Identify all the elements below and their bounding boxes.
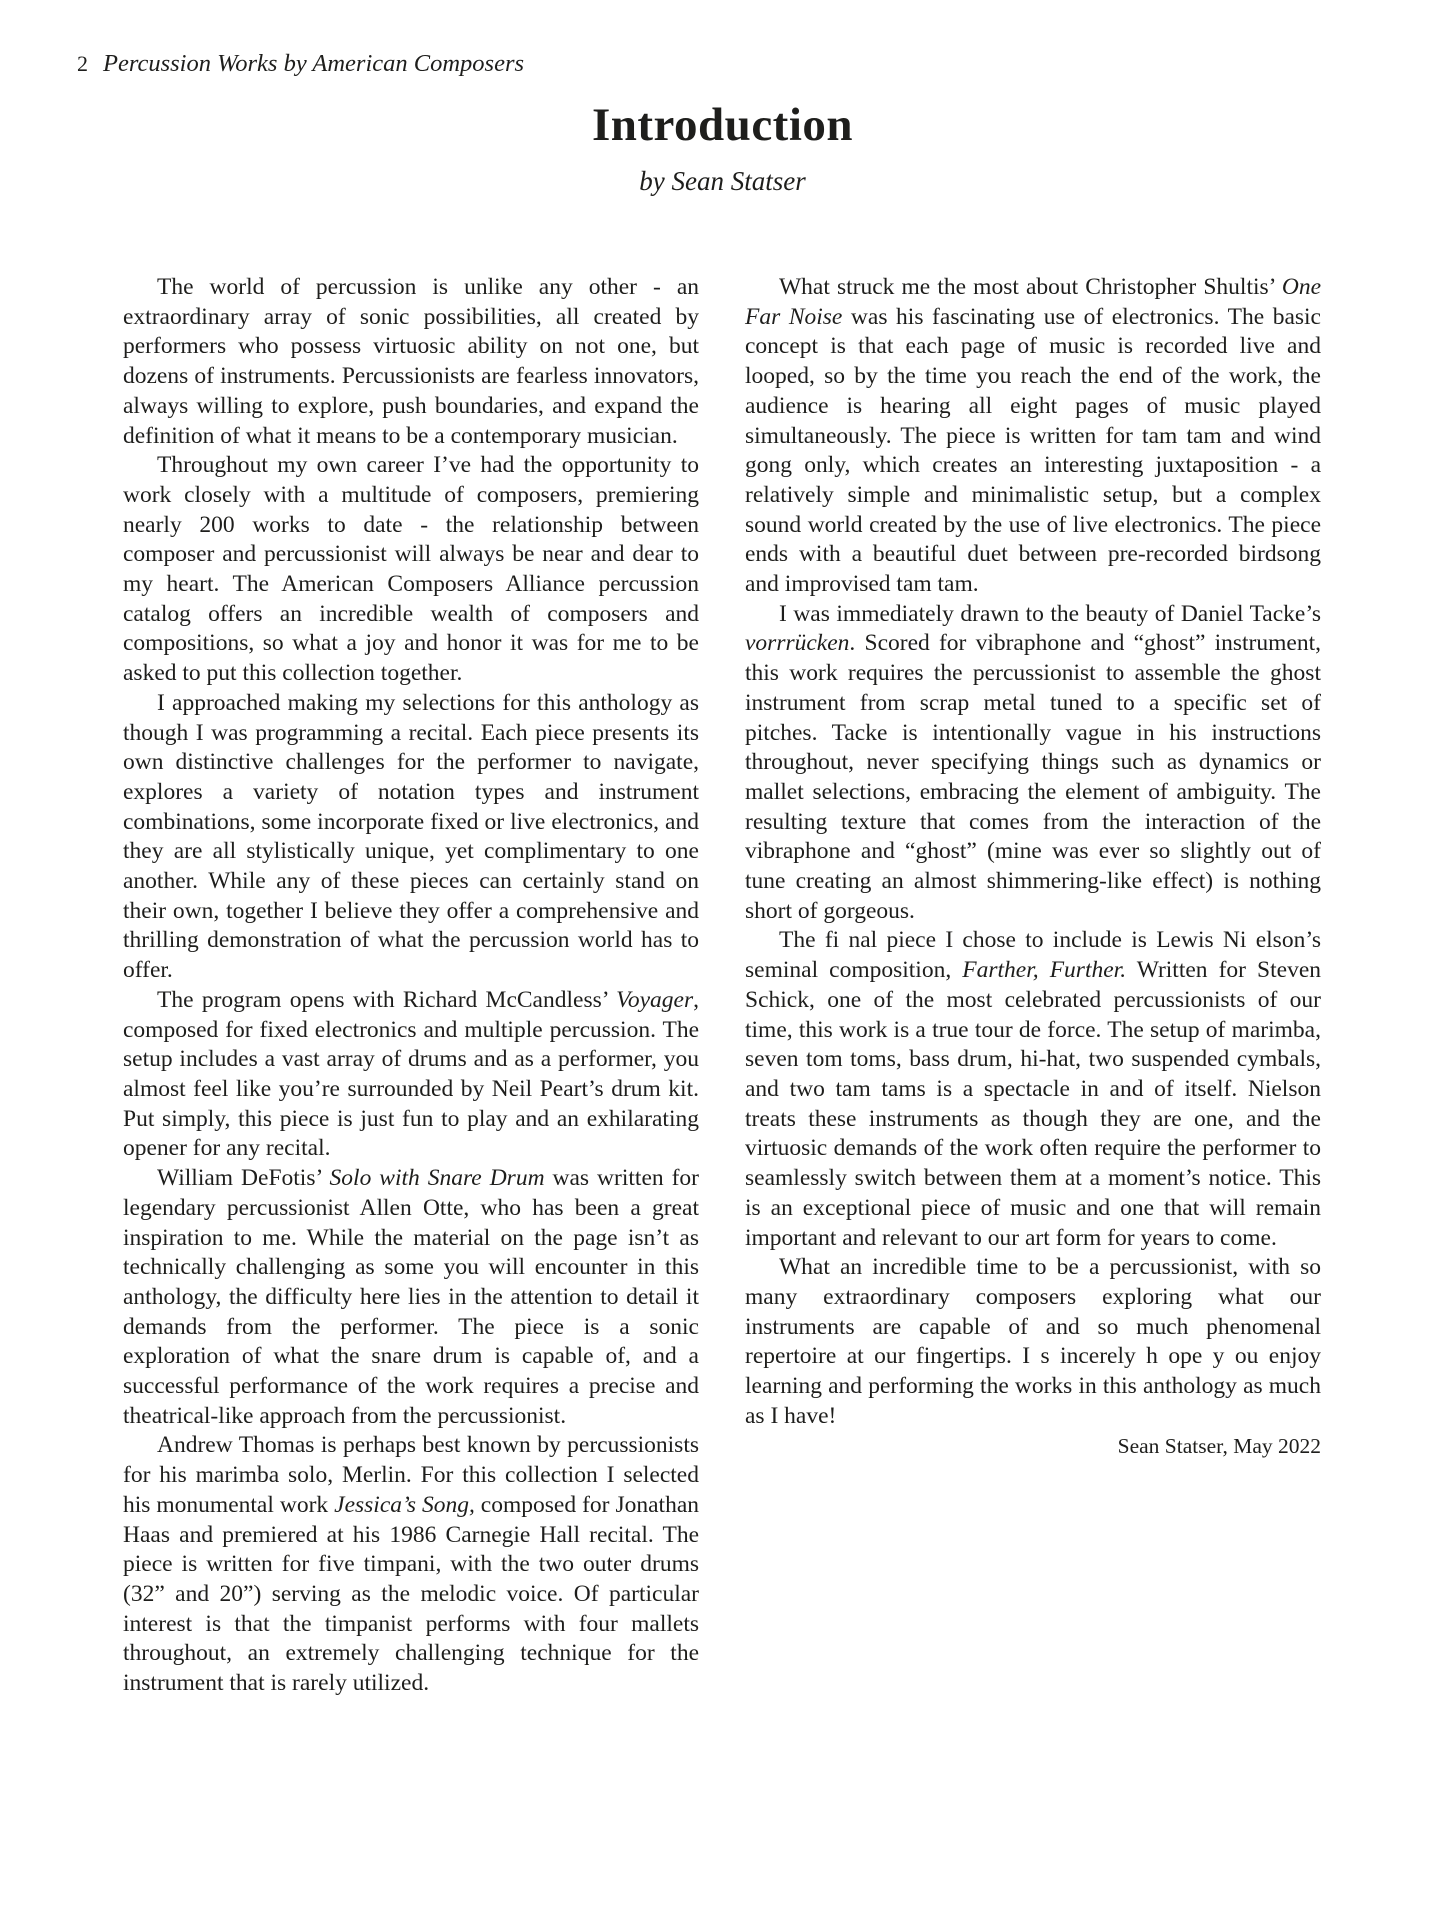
paragraph: What an incredible time to be a percussi… <box>745 1253 1321 1431</box>
title-block: Introduction by Sean Statser <box>0 98 1445 197</box>
paragraph: William DeFotis’ Solo with Snare Drum wa… <box>123 1164 699 1431</box>
text-column-right: What struck me the most about Christophe… <box>745 273 1321 1699</box>
text-column-left: The world of percussion is unlike any ot… <box>123 273 699 1699</box>
page-number: 2 <box>77 51 88 77</box>
byline: by Sean Statser <box>0 166 1445 197</box>
paragraph: I was immediately drawn to the beauty of… <box>745 600 1321 927</box>
signature: Sean Statser, May 2022 <box>745 1434 1321 1459</box>
document-page: 2 Percussion Works by American Composers… <box>0 0 1445 1927</box>
two-column-text: The world of percussion is unlike any ot… <box>123 273 1322 1699</box>
paragraph: Throughout my own career I’ve had the op… <box>123 451 699 689</box>
paragraph: The world of percussion is unlike any ot… <box>123 273 699 451</box>
running-title: Percussion Works by American Composers <box>103 50 524 78</box>
paragraph: Andrew Thomas is perhaps best known by p… <box>123 1431 699 1698</box>
paragraph: What struck me the most about Christophe… <box>745 273 1321 600</box>
paragraph: The fi nal piece I chose to include is L… <box>745 926 1321 1253</box>
paragraph: The program opens with Richard McCandles… <box>123 986 699 1164</box>
running-header: 2 Percussion Works by American Composers <box>77 50 524 78</box>
page-title: Introduction <box>0 98 1445 152</box>
paragraph: I approached making my selections for th… <box>123 689 699 986</box>
